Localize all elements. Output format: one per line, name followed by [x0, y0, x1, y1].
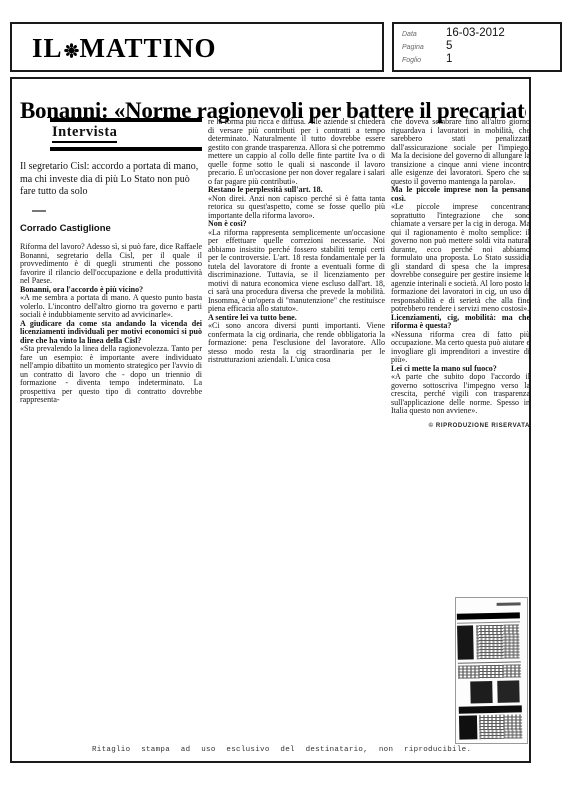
- clipping-watermark: Ritaglio stampa ad uso esclusivo del des…: [92, 746, 471, 754]
- press-clipping-page: IL MATTINO Data 16-03-2012: [0, 0, 571, 800]
- page-label: Pagina: [402, 44, 446, 51]
- copyright-credit: © RIPRODUZIONE RISERVATA: [391, 422, 530, 431]
- article-column-2: re la forma più ricca e diffusa. Alle az…: [208, 118, 385, 490]
- article-paragraph: che doveva sembrare fino all'altro giorn…: [391, 118, 530, 186]
- column-1-body: Riforma del lavoro? Adesso sì, si può fa…: [20, 243, 202, 405]
- interview-question: Ma le piccole imprese non la pensano cos…: [391, 186, 530, 203]
- masthead-box: IL MATTINO: [10, 22, 384, 72]
- article-paragraph: «Ci sono ancora diversi punti importanti…: [208, 322, 385, 365]
- date-value: 16-03-2012: [446, 27, 505, 39]
- article-column-1: Intervista Il segretario Cisl: accordo a…: [20, 118, 202, 538]
- meta-row-date: Data 16-03-2012: [402, 27, 560, 39]
- article-paragraph: re la forma più ricca e diffusa. Alle az…: [208, 118, 385, 186]
- clipping-meta-box: Data 16-03-2012 Pagina 5 Foglio 1: [392, 22, 562, 72]
- sheet-label: Foglio: [402, 57, 446, 64]
- thumbnail-photo-block: [459, 715, 477, 739]
- sheet-value: 1: [446, 53, 452, 65]
- kicker-bottom-rule: [50, 147, 202, 151]
- article-paragraph: «Sta prevalendo la linea della ragionevo…: [20, 345, 202, 405]
- article-paragraph: «Nessuna riforma crea di fatto più occup…: [391, 331, 530, 365]
- thumbnail-section-band: [459, 705, 522, 713]
- kicker-block: Intervista: [50, 118, 202, 151]
- interview-question: Licenziamenti, cig, mobilità: ma che rif…: [391, 314, 530, 331]
- thumbnail-masthead-strip: [497, 602, 521, 606]
- standfirst: Il segretario Cisl: accordo a portata di…: [20, 161, 202, 199]
- thumbnail-text-block: [458, 664, 521, 678]
- article-frame: Bonanni: «Norme ragionevoli per battere …: [10, 77, 531, 763]
- thumbnail-photo-block: [497, 680, 519, 702]
- date-label: Data: [402, 31, 446, 38]
- source-page-thumbnail: [455, 597, 528, 744]
- mattino-logo: IL MATTINO: [32, 33, 217, 64]
- thumbnail-mini-page: [456, 598, 528, 742]
- thumbnail-rule: [458, 661, 521, 663]
- thumbnail-photo-block: [457, 625, 474, 659]
- byline: Corrado Castiglione: [20, 225, 202, 234]
- article-paragraph: «Non direi. Anzi non capisco perché si è…: [208, 195, 385, 221]
- meta-row-page: Pagina 5: [402, 40, 560, 52]
- article-paragraph: «Le piccole imprese concentrano soprattu…: [391, 203, 530, 314]
- kicker-label: Intervista: [52, 125, 117, 143]
- thumbnail-text-block: [476, 624, 520, 659]
- article-paragraph: «A parte che subito dopo l'accordo il go…: [391, 373, 530, 416]
- logo-word-il: IL: [32, 33, 63, 64]
- article-paragraph: «A me sembra a portata di mano. A questo…: [20, 294, 202, 320]
- mattino-emblem-icon: [64, 43, 79, 58]
- thumbnail-text-block: [479, 714, 522, 739]
- thumbnail-rule: [457, 621, 520, 623]
- page-value: 5: [446, 40, 452, 52]
- article-paragraph: Riforma del lavoro? Adesso sì, si può fa…: [20, 243, 202, 286]
- standfirst-divider: [32, 210, 46, 212]
- thumbnail-headline-bar: [457, 612, 520, 619]
- thumbnail-photo-block: [470, 681, 492, 703]
- meta-row-sheet: Foglio 1: [402, 53, 560, 65]
- kicker-top-rule: [50, 118, 202, 122]
- logo-word-mattino: MATTINO: [80, 33, 217, 64]
- article-paragraph: «La riforma rappresenta semplicemente un…: [208, 229, 385, 314]
- article-column-3: che doveva sembrare fino all'altro giorn…: [391, 118, 530, 490]
- interview-question: A giudicare da come sta andando la vicen…: [20, 320, 202, 346]
